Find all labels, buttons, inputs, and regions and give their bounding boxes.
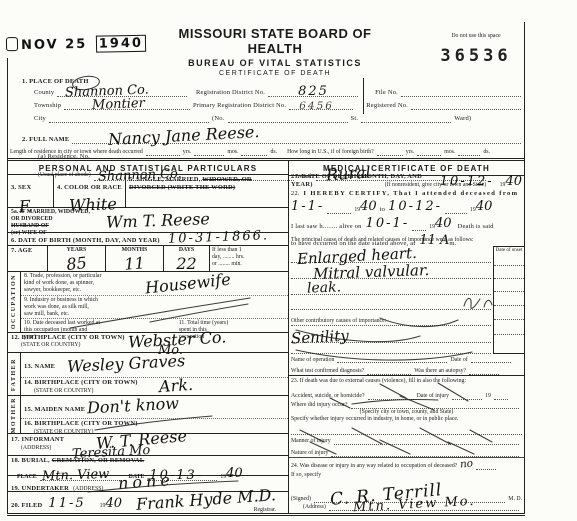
specify-label: Specify whether injury occurred in indus… xyxy=(289,416,524,425)
personal-column: PERSONAL AND STATISTICAL PARTICULARS 3. … xyxy=(8,163,288,514)
stamp-seal-icon xyxy=(6,37,18,51)
where-row: Where did injury occur? xyxy=(289,400,524,409)
industry-label-1: 9. Industry or business in which xyxy=(24,297,285,304)
undertaker-value: none xyxy=(117,470,174,493)
last-worked-label-1: 10. Date deceased last worked at xyxy=(24,320,173,327)
filed-year: 40 xyxy=(105,496,122,511)
primary-district-label: Primary Registration District No. xyxy=(193,102,286,110)
mother-side-strip: MOTHER xyxy=(8,396,21,433)
certify-block: 22. I HEREBY CERTIFY, That I attended de… xyxy=(289,189,524,237)
stamp-year: 1940 xyxy=(96,35,146,53)
file-no-label: File No. xyxy=(375,89,398,97)
father-block: FATHER 13. NAME Wesley Graves 14. BIRTHP… xyxy=(8,353,288,396)
certify-no: 22. xyxy=(291,190,300,197)
registered-no-fill xyxy=(411,102,521,110)
address-label: (Address) xyxy=(303,504,326,511)
sex-label: 3. SEX xyxy=(11,184,31,191)
operation-label: Name of operation xyxy=(291,357,334,364)
father-side-label: FATHER xyxy=(11,358,17,391)
mother-bp-label: 16. BIRTHPLACE (CITY OR TOWN) xyxy=(24,420,285,428)
if-so-row: If so, specify xyxy=(289,470,524,479)
age-label: 7. AGE xyxy=(8,246,48,271)
full-name-fill: Nancy Jane Reese. xyxy=(72,136,521,144)
total-time-label-1: 11. Total time (years) xyxy=(179,320,285,327)
signed-label: (Signed) xyxy=(291,496,311,503)
primary-district-value: 6456 xyxy=(299,100,334,112)
dod-value: 10-12- xyxy=(440,174,494,189)
operation-row: Name of operation Date of xyxy=(289,354,524,364)
city-ward-label: Ward) xyxy=(454,115,471,123)
city-st-fill xyxy=(361,115,451,123)
death-said-label: Death is said xyxy=(458,223,494,231)
filed-label: 20. FILED xyxy=(11,502,42,509)
place-of-death-section: 1. PLACE OF DEATH County Shannon Co. Reg… xyxy=(8,78,524,158)
related-value: no xyxy=(460,457,474,471)
accident-label: Accident, suicide, or homicide? xyxy=(291,393,365,400)
dod-row: 21. DATE OF DEATH (MONTH, DAY, AND YEAR)… xyxy=(289,175,524,189)
city-no-label: (No. xyxy=(212,115,225,123)
medical-column: MEDICAL CERTIFICATE OF DEATH 21. DATE OF… xyxy=(289,163,524,514)
less-than-label-3: or ........ min. xyxy=(212,261,286,268)
do-not-use-label: Do not use this space xyxy=(428,33,524,40)
father-side-strip: FATHER xyxy=(8,353,21,395)
city-label: City xyxy=(34,115,46,123)
injury-date-label: Date of injury xyxy=(417,393,450,400)
spouse-husband-label: HUSBAND OF xyxy=(11,223,97,230)
death-certificate-scan: NOV 25 1940 MISSOURI STATE BOARD OF HEAL… xyxy=(0,0,577,521)
injury-year-prefix: 19 xyxy=(485,393,491,400)
last-saw-value: 10-1- xyxy=(366,216,410,231)
test-autopsy-row: What test confirmed diagnosis? Was there… xyxy=(289,363,524,376)
related-row: 24. Was disease or injury in any way rel… xyxy=(289,458,524,470)
father-name-value: Wesley Graves xyxy=(67,351,186,376)
city-fill xyxy=(49,115,209,123)
mos-label-2: mos. xyxy=(444,149,455,156)
dod-label: 21. DATE OF DEATH (MONTH, DAY, AND YEAR) xyxy=(291,173,436,189)
county-label: County xyxy=(34,89,54,97)
township-value: Montier xyxy=(92,96,145,113)
city-st-label: St. xyxy=(351,115,359,123)
where-label: Where did injury occur? xyxy=(291,402,348,409)
attended-from-year: 40 xyxy=(360,199,377,214)
registration-district-value: 825 xyxy=(298,84,329,99)
dob-value: 10-31-1866. xyxy=(168,228,270,247)
age-row: 7. AGE YEARS85 MONTHS11 DAYS22 If less t… xyxy=(8,246,288,272)
mother-side-label: MOTHER xyxy=(11,397,17,433)
mother-name-label: 15. MAIDEN NAME xyxy=(24,406,85,413)
marital-label-1: 5. SINGLE, MARRIED, xyxy=(129,176,201,183)
registered-no-label: Registered No. xyxy=(366,102,408,110)
external-causes-label: 23. If death was due to external causes … xyxy=(289,376,524,388)
age-days: 22 xyxy=(167,254,206,273)
stamp-date: NOV 25 xyxy=(21,37,88,53)
accident-row: Accident, suicide, or homicide? Date of … xyxy=(289,388,524,400)
full-name-label: 2. FULL NAME xyxy=(22,136,69,144)
father-name-label: 13. NAME xyxy=(24,363,55,370)
right-border-line xyxy=(524,22,525,514)
file-no-fill xyxy=(401,89,521,97)
test-label: What test confirmed diagnosis? xyxy=(291,368,364,375)
cause-line-3: leak. xyxy=(307,279,342,296)
undertaker-label: 19. UNDERTAKER xyxy=(11,485,69,492)
dod-year: 40 xyxy=(505,174,522,189)
marital-label-2: WIDOWED, OR xyxy=(202,176,252,183)
last-saw-year: 40 xyxy=(435,216,452,231)
masthead: MISSOURI STATE BOARD OF HEALTH BUREAU OF… xyxy=(150,26,400,77)
length-of-residence-row: Length of residence in city or town wher… xyxy=(10,148,522,156)
attended-to: 10-12- xyxy=(388,199,442,214)
date-of-onset-box: Date of onset xyxy=(493,246,524,354)
less-than-label-2: day, ........ hrs. xyxy=(212,254,286,261)
personal-header: PERSONAL AND STATISTICAL PARTICULARS xyxy=(8,163,288,175)
operation-date-label: Date of xyxy=(450,357,467,364)
township-fill: Montier xyxy=(64,102,190,110)
autopsy-label: Was there an autopsy? xyxy=(414,368,466,375)
nature-label: Nature of injury xyxy=(291,450,328,457)
ds-label-2: ds. xyxy=(483,149,490,156)
last-saw-label: I last saw h........ alive on xyxy=(291,223,362,231)
form-title: CERTIFICATE OF DEATH xyxy=(150,70,400,77)
certify-intro: I HEREBY CERTIFY, That I attended deceas… xyxy=(303,190,518,197)
certificate-number: 36536 xyxy=(428,46,524,66)
industry-label-3: saw mill, bank, etc. xyxy=(24,311,285,318)
attended-from: 1-1- xyxy=(291,199,324,214)
father-bp-label: 14. BIRTHPLACE (CITY OR TOWN) xyxy=(24,379,285,387)
mos-label: mos. xyxy=(227,149,238,156)
if-so-label: If so, specify xyxy=(291,472,321,479)
org-title: MISSOURI STATE BOARD OF HEALTH xyxy=(150,26,400,56)
yrs-label-2: yrs. xyxy=(406,149,415,156)
birthplace-row: 12. BIRTHPLACE (CITY OR TOWN) (STATE OR … xyxy=(8,333,288,353)
primary-district-fill: 6456 xyxy=(289,102,353,110)
sex-race-marital-row: 3. SEXF. 4. COLOR OR RACEWhite 5. SINGLE… xyxy=(8,175,288,208)
bureau-title: BUREAU OF VITAL STATISTICS xyxy=(150,58,400,68)
registration-district-label: Registration District No. xyxy=(196,89,265,97)
length-label: Length of residence in city or town wher… xyxy=(10,149,143,156)
address-row: (Address) Mtn. View Mo. xyxy=(289,503,524,514)
md-label: M. D. xyxy=(508,496,522,503)
manner-row: Manner of injury xyxy=(289,435,524,445)
dob-row: 6. DATE OF BIRTH (MONTH, DAY, AND YEAR) … xyxy=(8,233,288,246)
occupation-side-label: OCCUPATION xyxy=(11,274,17,329)
contributory-label: Other contributory causes of importance: xyxy=(291,318,386,325)
dob-label: 6. DATE OF BIRTH (MONTH, DAY, AND YEAR) xyxy=(8,237,160,245)
days-label: DAYS xyxy=(167,247,206,254)
informant-row: 17. INFORMANT (ADDRESS) W. T. Reese Tere… xyxy=(8,434,288,456)
to-label: to xyxy=(380,206,385,214)
race-label: 4. COLOR OR RACE xyxy=(57,184,122,191)
yrs-label: yrs. xyxy=(183,149,192,156)
nature-row: Nature of injury xyxy=(289,445,524,458)
industry-label-2: work was done, as silk mill, xyxy=(24,304,285,311)
cause-of-death-block: Enlarged heart. Mitral valvular. leak. O… xyxy=(289,246,524,354)
mother-name-value: Don't know xyxy=(87,394,180,418)
township-label: Township xyxy=(34,102,61,110)
less-than-label-1: If less than 1 xyxy=(212,247,286,254)
filed-date-value: 11-5 xyxy=(48,496,85,511)
marital-label-3: DIVORCED (WRITE THE WORD) xyxy=(129,184,285,192)
registration-district-fill: 825 xyxy=(268,89,358,97)
related-label: 24. Was disease or injury in any way rel… xyxy=(291,463,457,470)
manner-label: Manner of injury xyxy=(291,438,331,445)
occupation-block: OCCUPATION 8. Trade, profession, or part… xyxy=(8,272,288,333)
ds-label: ds. xyxy=(270,149,277,156)
received-stamp: NOV 25 1940 xyxy=(6,35,146,53)
burial-label-2: CREMATION, OR REMOVAL xyxy=(52,457,145,464)
attended-to-year: 40 xyxy=(476,199,493,214)
occupation-side-strip: OCCUPATION xyxy=(8,272,21,332)
spouse-value: Wm T. Reese xyxy=(106,209,210,232)
certificate-number-block: Do not use this space 36536 xyxy=(428,33,524,66)
registrar-label: Registrar. xyxy=(254,507,276,514)
sex-value: F. xyxy=(18,195,50,216)
burial-label-1: 18. BURIAL, xyxy=(11,457,50,464)
foreign-label: How long in U.S., if of foreign birth? xyxy=(287,149,374,156)
filed-row: 20. FILED 11-5 1940 Frank Hyde M.D. Regi… xyxy=(8,492,288,514)
